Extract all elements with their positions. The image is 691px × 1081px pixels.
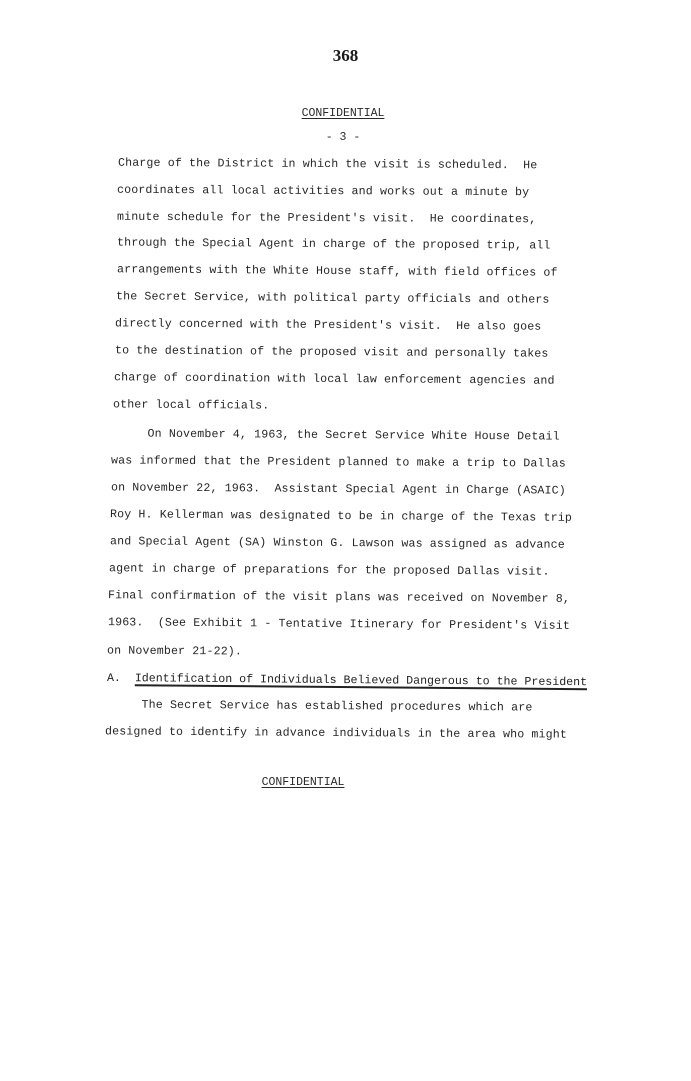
page-number: 368	[0, 46, 691, 66]
section-title: Identification of Individuals Believed D…	[135, 672, 587, 689]
classification-label: CONFIDENTIAL	[302, 107, 385, 120]
text-line: The Secret Service has established proce…	[106, 699, 533, 715]
text-line: the Secret Service, with political party…	[116, 290, 550, 306]
section-marker: A.	[107, 672, 121, 685]
text-line: agent in charge of preparations for the …	[109, 562, 550, 578]
classification-header: CONFIDENTIAL	[0, 107, 686, 120]
text-line: on November 22, 1963. Assistant Special …	[111, 481, 566, 497]
text-line: arrangements with the White House staff,…	[117, 263, 558, 279]
text-line: directly concerned with the President's …	[115, 317, 542, 333]
text-line: through the Special Agent in charge of t…	[117, 236, 551, 252]
text-line: to the destination of the proposed visit…	[115, 344, 549, 360]
text-line: charge of coordination with local law en…	[114, 371, 555, 387]
text-line: Final confirmation of the visit plans wa…	[108, 589, 570, 606]
text-line: minute schedule for the President's visi…	[117, 211, 536, 227]
section-heading: A. Identification of Individuals Believe…	[107, 672, 587, 689]
text-line: On November 4, 1963, the Secret Service …	[112, 427, 560, 443]
text-line: and Special Agent (SA) Winston G. Lawson…	[110, 535, 565, 552]
classification-label: CONFIDENTIAL	[262, 776, 345, 789]
text-line: other local officials.	[113, 398, 269, 412]
text-line: coordinates all local activities and wor…	[117, 184, 529, 200]
classification-footer: CONFIDENTIAL	[0, 776, 646, 789]
text-line: was informed that the President planned …	[111, 454, 566, 470]
text-line: Roy H. Kellerman was designated to be in…	[110, 508, 572, 525]
text-line: Charge of the District in which the visi…	[118, 157, 537, 173]
text-line: on November 21-22).	[107, 645, 242, 659]
text-line: designed to identify in advance individu…	[105, 725, 567, 741]
sheet-number: - 3 -	[0, 131, 686, 144]
text-line: 1963. (See Exhibit 1 - Tentative Itinera…	[108, 616, 570, 633]
